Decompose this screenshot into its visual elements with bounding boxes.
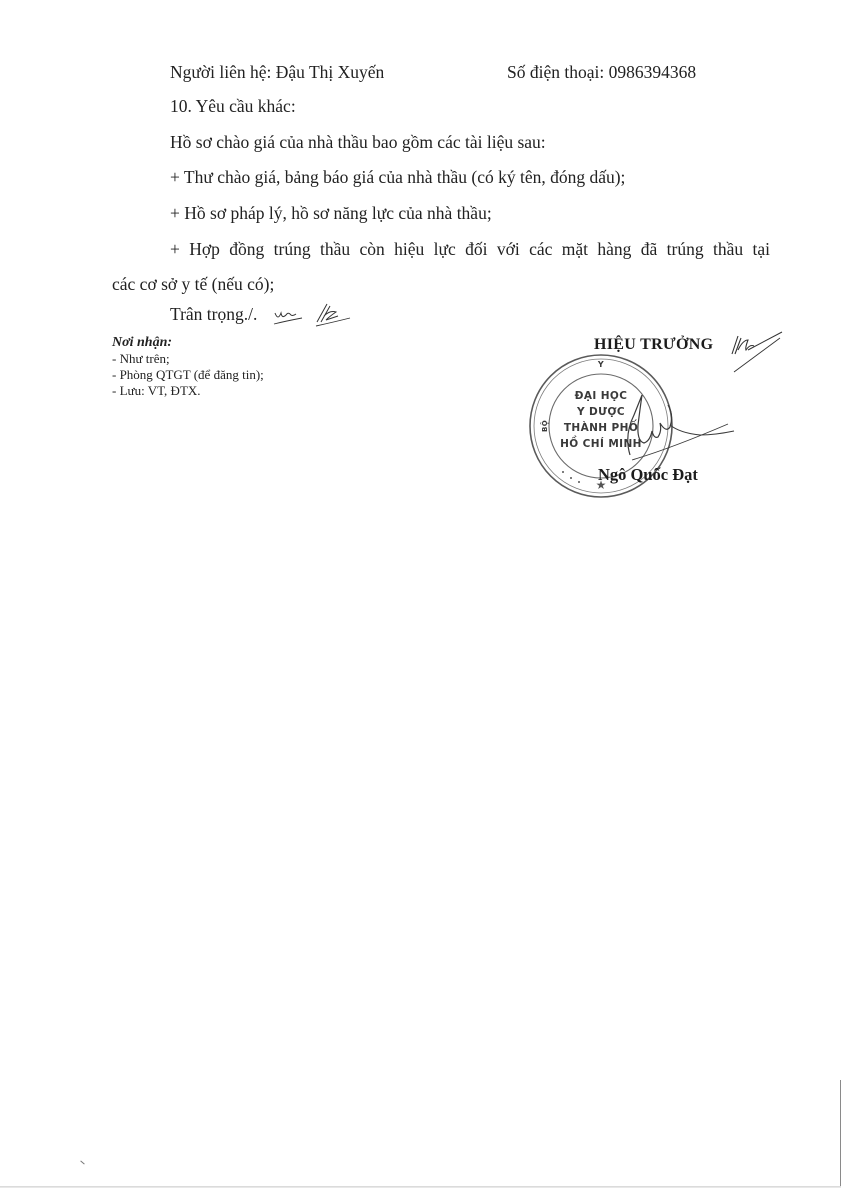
stamp-line: ĐẠI HỌC: [527, 390, 675, 402]
stamp-line: HỒ CHÍ MINH: [527, 438, 675, 450]
contact-person: Người liên hệ: Đậu Thị Xuyến: [170, 61, 384, 83]
contact-phone: Số điện thoại: 0986394368: [507, 61, 696, 83]
recipient-item: - Lưu: VT, ĐTX.: [112, 383, 264, 399]
recipient-item: - Phòng QTGT (để đăng tin);: [112, 367, 264, 383]
stamp-side-text: BỘ: [541, 420, 549, 432]
signatory-name: Ngô Quốc Đạt: [598, 465, 698, 485]
scan-speck: [80, 1161, 84, 1165]
requirements-heading: 10. Yêu cầu khác:: [170, 95, 296, 117]
closing-text: Trân trọng./.: [170, 303, 257, 325]
requirements-intro: Hồ sơ chào giá của nhà thầu bao gồm các …: [170, 131, 546, 153]
recipients-title: Nơi nhận:: [112, 335, 264, 351]
page-edge-right: [840, 1080, 841, 1186]
page-edge-bottom: [0, 1186, 841, 1188]
stamp-line: THÀNH PHỐ: [527, 422, 675, 434]
recipients-block: Nơi nhận: - Như trên; - Phòng QTGT (để đ…: [112, 335, 264, 399]
title-initials-icon: [728, 330, 788, 375]
requirement-item: + Hồ sơ pháp lý, hồ sơ năng lực của nhà …: [170, 202, 492, 224]
stamp-top-text: Y: [527, 360, 675, 369]
document-page: Người liên hệ: Đậu Thị Xuyến Số điện tho…: [0, 0, 849, 1200]
requirement-item: + Hợp đồng trúng thầu còn hiệu lực đối v…: [170, 238, 770, 260]
initials-signature-icon: [272, 300, 362, 330]
stamp-line: Y DƯỢC: [527, 406, 675, 418]
recipient-item: - Như trên;: [112, 351, 264, 367]
requirement-item: + Thư chào giá, bảng báo giá của nhà thầ…: [170, 166, 625, 188]
requirement-item-continued: các cơ sở y tế (nếu có);: [112, 273, 274, 295]
